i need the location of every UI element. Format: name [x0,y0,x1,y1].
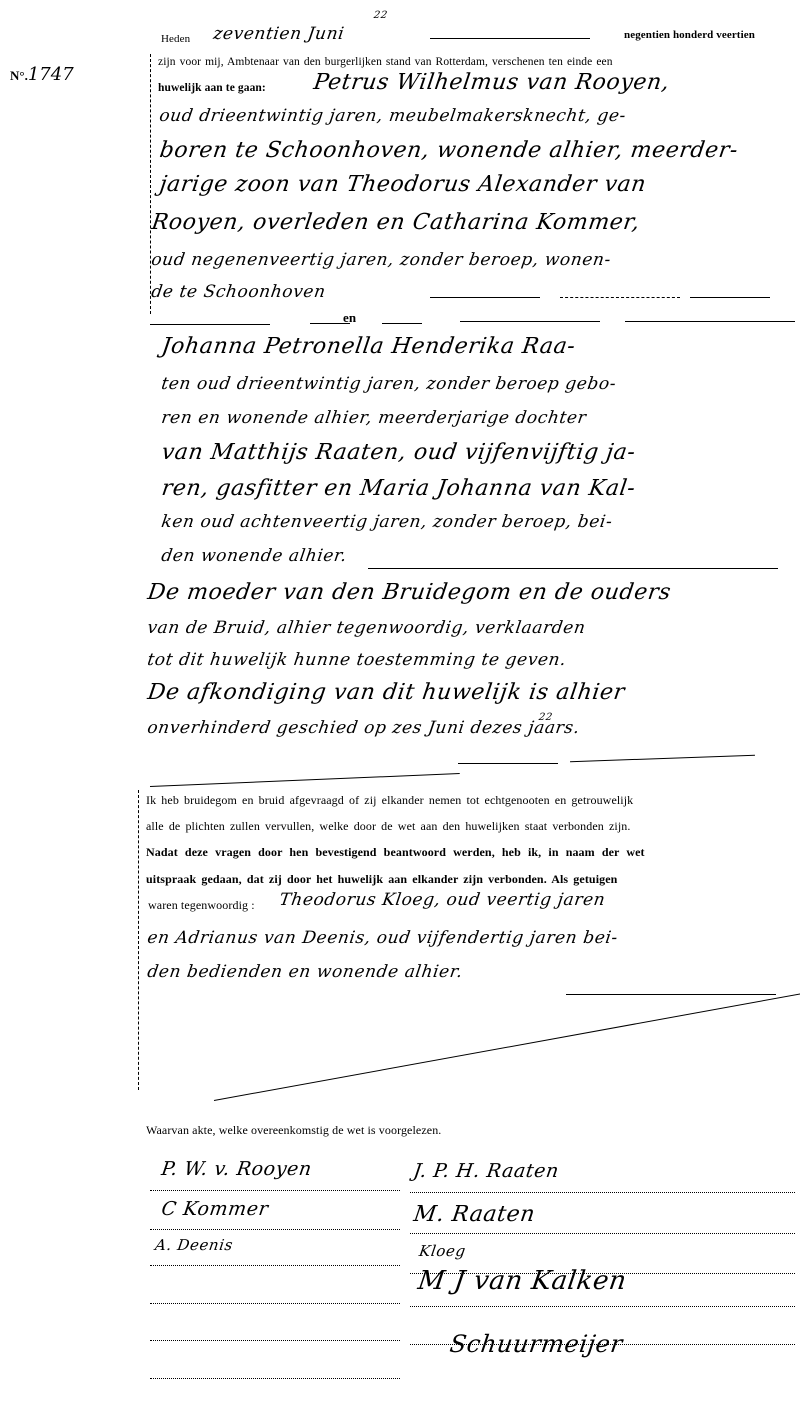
act-number: N°.1747 [10,64,74,85]
ceremony-line-1: Ik heb bruidegom en bruid afgevraagd of … [146,793,633,808]
groom-line-5: oud negenenveertig jaren, zonder beroep,… [150,250,612,270]
groom-fill-line-b [560,297,680,298]
ceremony-line-3: Nadat deze vragen door hen bevestigend b… [146,845,645,860]
marriage-certificate-page: N°.1747 Heden zeventien Juni 22 negentie… [0,0,800,1410]
consent-fill-line-a [458,763,558,764]
signature-line-left-6 [150,1378,400,1379]
bride-line-7: den wonende alhier. [160,546,348,566]
signature-line-left-1 [150,1190,400,1191]
cancellation-diagonal [214,992,800,1101]
left-margin-line-lower [138,790,139,1090]
closing-statement: Waarvan akte, welke overeenkomstig de we… [146,1123,441,1138]
consent-fill-line-b [570,755,755,762]
groom-line-3: jarige zoon van Theodorus Alexander van [158,172,648,197]
separator-line-right [460,321,600,322]
separator-line-mid-right [382,323,422,324]
signature-groom: P. W. v. Rooyen [160,1158,313,1180]
printed-huwelijk-label: huwelijk aan te gaan: [158,82,266,94]
date-superscript: 22 [373,10,388,21]
signature-bride-mother: M J van Kalken [416,1266,629,1296]
bride-fill-line [368,568,778,569]
signature-groom-mother: C Kommer [160,1198,270,1220]
groom-line-6: de te Schoonhoven [150,282,327,302]
witness-fill-line [566,994,776,995]
signature-bride: J. P. H. Raaten [412,1160,560,1182]
signature-bride-father: M. Raaten [412,1202,537,1227]
consent-line-4: De afkondiging van dit huwelijk is alhie… [146,680,627,705]
left-margin-line [150,54,151,314]
signature-line-left-2 [150,1229,400,1230]
witness-line-1: Theodorus Kloeg, oud veertig jaren [278,890,607,910]
bride-line-3: ren en wonende alhier, meerderjarige doc… [160,408,588,428]
ceremony-line-2: alle de plichten zullen vervullen, welke… [146,819,630,834]
groom-line-4: Rooyen, overleden en Catharina Kommer, [150,210,642,235]
witness-label: waren tegenwoordig : [148,898,255,913]
bride-line-6: ken oud achtenveertig jaren, zonder bero… [160,512,614,532]
printed-officer-line: zijn voor mij, Ambtenaar van den burgerl… [158,56,613,68]
consent-closing-stroke [150,773,460,787]
signature-line-left-3 [150,1265,400,1266]
signature-line-left-5 [150,1340,400,1341]
printed-year: negentien honderd veertien [624,29,755,41]
signature-line-right-1 [410,1192,795,1193]
act-number-value: 1747 [28,64,74,85]
ceremony-line-4: uitspraak gedaan, dat zij door het huwel… [146,872,617,887]
groom-name: Petrus Wilhelmus van Rooyen, [312,70,671,95]
separator-en: en [343,310,356,326]
handwritten-date: zeventien Juni [212,24,346,44]
signature-line-left-4 [150,1303,400,1304]
printed-heden: Heden [161,33,190,45]
consent-line-3: tot dit huwelijk hunne toestemming te ge… [146,650,568,670]
groom-line-1: oud drieentwintig jaren, meubelmakerskne… [158,106,627,126]
signature-witness-kloeg: Kloeg [418,1242,467,1260]
witness-line-2: en Adrianus van Deenis, oud vijfendertig… [146,928,619,948]
separator-line-far-right [625,321,795,322]
signature-line-right-2 [410,1233,795,1234]
witness-line-3: den bedienden en wonende alhier. [146,962,464,982]
bride-line-5: ren, gasfitter en Maria Johanna van Kal- [160,476,637,501]
groom-fill-line-c [690,297,770,298]
bride-line-1: Johanna Petronella Henderika Raa- [160,334,577,359]
consent-line-5: onverhinderd geschied op zes Juni dezes … [146,718,581,738]
date-fill-line [430,38,590,39]
consent-line-1: De moeder van den Bruidegom en de ouders [146,580,673,605]
signature-witness-left: A. Deenis [154,1236,234,1254]
signature-registrar: Schuurmeijer [448,1330,625,1358]
groom-line-2: boren te Schoonhoven, wonende alhier, me… [158,138,740,163]
bride-line-4: van Matthijs Raaten, oud vijfenvijftig j… [160,440,637,465]
signature-line-right-4 [410,1306,795,1307]
act-number-prefix: N°. [10,68,28,83]
consent-line-2: van de Bruid, alhier tegenwoordig, verkl… [146,618,587,638]
groom-fill-line-a [430,297,540,298]
bride-line-2: ten oud drieentwintig jaren, zonder bero… [160,374,618,394]
separator-line-left [150,324,270,325]
consent-superscript: 22 [538,712,553,723]
